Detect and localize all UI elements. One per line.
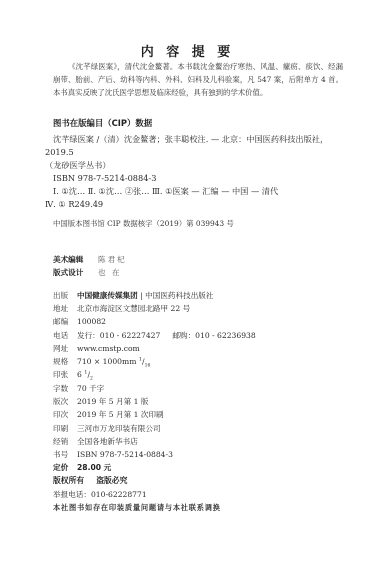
info-key: 网址 xyxy=(53,343,77,354)
website-link: www.cmstp.com xyxy=(77,344,140,353)
summary-paragraph: 《沈芊绿医案》，清代沈金鳌著。本书载沈金鳌治疗寒热、风温、瘰疬、痰饮、经漏崩带、… xyxy=(53,60,343,100)
credit-value: 也 在 xyxy=(98,268,122,277)
publisher-name: | 中国医药科技出版社 xyxy=(140,291,213,300)
info-value: 2019 年 5 月第 1 次印刷 xyxy=(77,410,164,419)
credit-layout-design: 版式设计也 在 xyxy=(53,267,122,278)
cip-line-series: （龙砂医学丛书） xyxy=(45,160,111,171)
report-phone: 举报电话：010-62228771 xyxy=(53,489,147,500)
quality-notice: 本社图书如存在印装质量问题请与本社联系调换 xyxy=(53,503,221,513)
info-key: 版次 xyxy=(53,396,77,407)
info-value: 6 xyxy=(77,370,82,379)
info-key: 经销 xyxy=(53,436,77,447)
info-format: 规格710 × 1000mm 1/16 xyxy=(53,356,150,369)
info-key: 定价 xyxy=(53,462,77,473)
info-edition: 版次2019 年 5 月第 1 版 xyxy=(53,396,148,407)
cip-heading: 图书在版编目（CIP）数据 xyxy=(53,117,152,129)
info-printer: 印刷三河市万龙印装有限公司 xyxy=(53,423,161,434)
info-value: 发行：010 - 62227427 邮购：010 - 62236938 xyxy=(77,331,256,340)
info-price: 定价28.00 元 xyxy=(53,462,111,473)
cip-line-year: 2019.5 xyxy=(45,147,74,157)
info-key: 出版 xyxy=(53,290,77,301)
fraction-numerator: 1 xyxy=(139,356,142,362)
info-key: 印次 xyxy=(53,409,77,420)
credit-art-editor: 美术编辑陈君杞 xyxy=(53,254,127,265)
publisher-group: 中国健康传媒集团 xyxy=(77,291,138,300)
info-value: 2019 年 5 月第 1 版 xyxy=(77,397,148,406)
info-words: 字数70 千字 xyxy=(53,383,104,394)
fraction-numerator: 1 xyxy=(84,369,87,375)
cip-line-classification: Ⅳ. ① R249.49 xyxy=(45,199,103,209)
rights-statement: 版权所有盗版必究 xyxy=(53,475,127,486)
info-website: 网址www.cmstp.com xyxy=(53,343,140,354)
credit-key: 美术编辑 xyxy=(53,254,98,265)
info-value: 100082 xyxy=(77,317,106,326)
info-key: 书号 xyxy=(53,449,77,460)
info-key: 印刷 xyxy=(53,423,77,434)
info-value: 710 × 1000mm xyxy=(77,357,136,366)
cip-line-title: 沈芊绿医案 /（清）沈金鳌著；张丰聪校注. — 北京：中国医药科技出版社， xyxy=(53,134,328,145)
info-value: 70 千字 xyxy=(77,384,104,393)
info-printing: 印次2019 年 5 月第 1 次印刷 xyxy=(53,409,164,420)
cip-note: 中国版本图书馆 CIP 数据核字（2019）第 039943 号 xyxy=(53,218,234,229)
info-key: 地址 xyxy=(53,303,77,314)
cip-line-subjects: Ⅰ. ①沈… Ⅱ. ①沈… ②张… Ⅲ. ①医案 — 汇编 — 中国 — 清代 xyxy=(53,186,278,197)
info-phone: 电话发行：010 - 62227427 邮购：010 - 62236938 xyxy=(53,330,256,341)
info-key: 邮编 xyxy=(53,316,77,327)
info-value: 三河市万龙印装有限公司 xyxy=(77,424,161,433)
cip-line-isbn: ISBN 978-7-5214-0884-3 xyxy=(53,173,156,183)
info-key: 字数 xyxy=(53,383,77,394)
info-postcode: 邮编100082 xyxy=(53,316,106,327)
fraction-denominator: 16 xyxy=(145,364,151,369)
price-value: 28.00 元 xyxy=(77,463,111,472)
info-sheets: 印张6 1/2 xyxy=(53,369,93,382)
info-key: 印张 xyxy=(53,369,77,380)
info-value: 北京市海淀区文慧园北路甲 22 号 xyxy=(77,304,190,313)
credit-value: 陈君杞 xyxy=(98,255,127,264)
rights-value: 盗版必究 xyxy=(96,476,127,485)
summary-text: 《沈芊绿医案》，清代沈金鳌著。本书载沈金鳌治疗寒热、风温、瘰疬、痰饮、经漏崩带、… xyxy=(53,62,343,97)
info-publisher: 出版中国健康传媒集团 | 中国医药科技出版社 xyxy=(53,290,214,301)
info-value: 全国各地新华书店 xyxy=(77,437,138,446)
summary-title: 内 容 提 要 xyxy=(0,41,375,60)
fraction-denominator: 2 xyxy=(90,377,93,382)
info-isbn: 书号ISBN 978-7-5214-0884-3 xyxy=(53,449,173,460)
info-key: 规格 xyxy=(53,356,77,367)
info-distributor: 经销全国各地新华书店 xyxy=(53,436,138,447)
rights-key: 版权所有 xyxy=(53,476,84,485)
info-value: ISBN 978-7-5214-0884-3 xyxy=(77,450,173,459)
info-key: 电话 xyxy=(53,330,77,341)
credit-key: 版式设计 xyxy=(53,267,98,278)
info-address: 地址北京市海淀区文慧园北路甲 22 号 xyxy=(53,303,190,314)
